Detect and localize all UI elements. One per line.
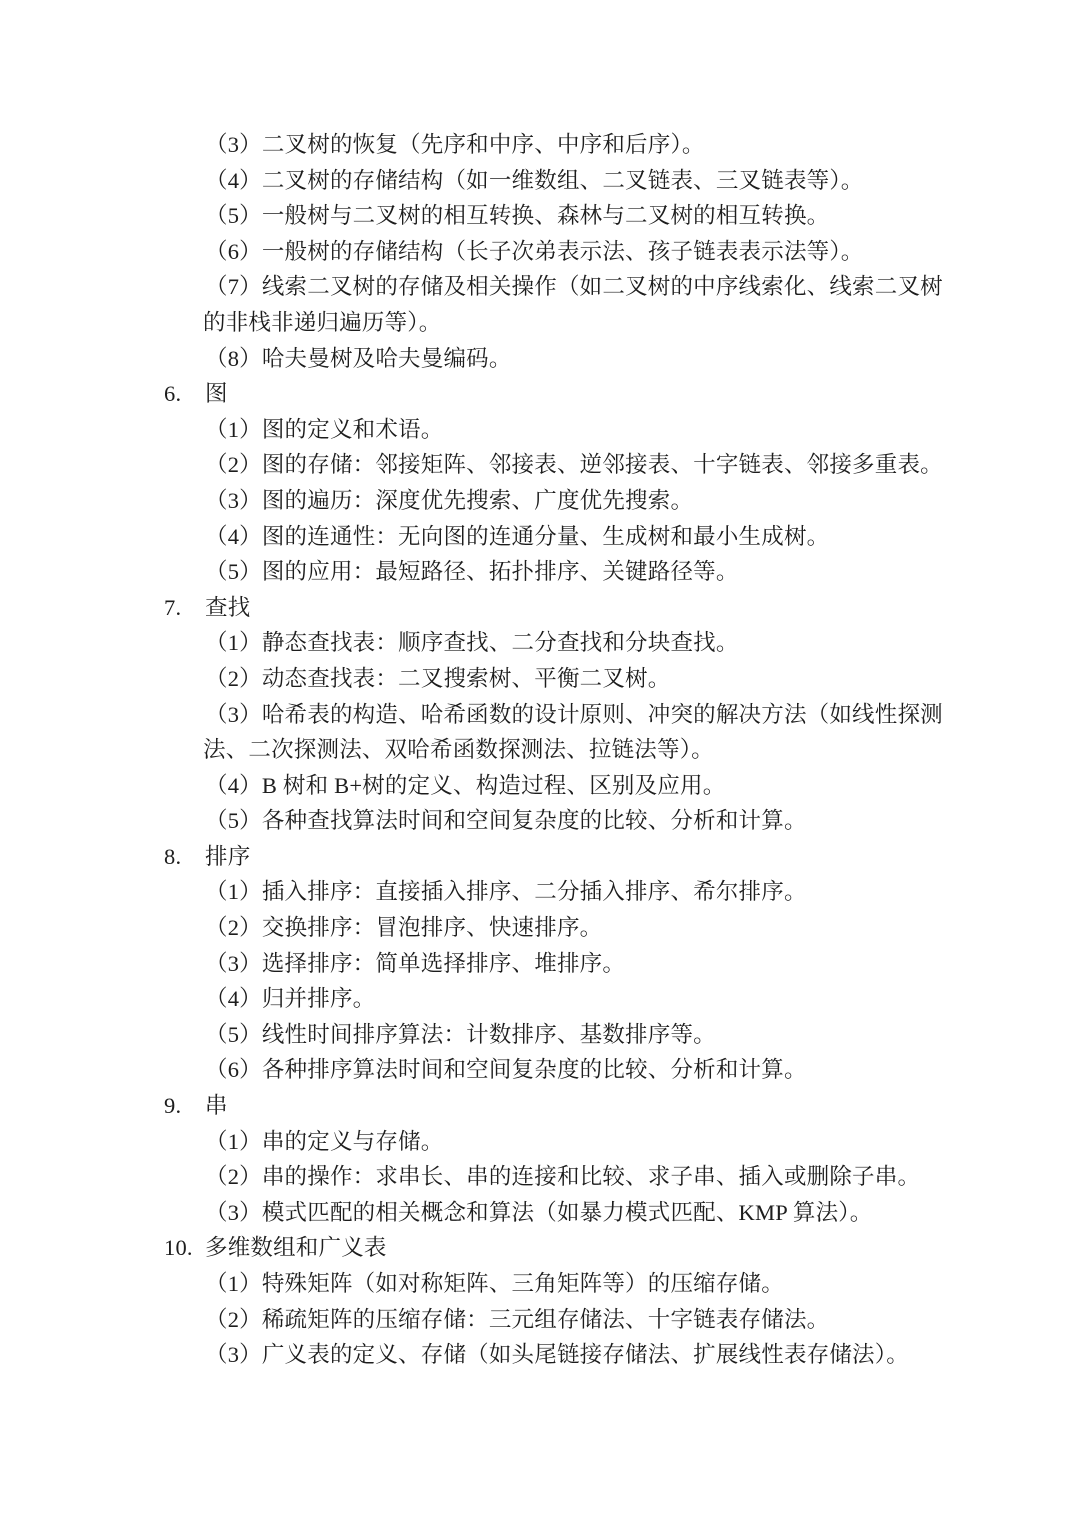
section-number: 10.: [164, 1230, 205, 1266]
list-item-line: （4）B 树和 B+树的定义、构造过程、区别及应用。: [0, 768, 1080, 804]
list-item-line: （1）静态查找表：顺序查找、二分查找和分块查找。: [0, 625, 1080, 661]
section-number: 6.: [164, 376, 205, 412]
section-heading: 8.排序: [0, 839, 1080, 875]
list-item-line: （6）各种排序算法时间和空间复杂度的比较、分析和计算。: [0, 1052, 1080, 1088]
list-item-line: （3）广义表的定义、存储（如头尾链接存储法、扩展线性表存储法）。: [0, 1337, 1080, 1373]
list-item-line: （1）特殊矩阵（如对称矩阵、三角矩阵等）的压缩存储。: [0, 1266, 1080, 1302]
list-item-line: （4）归并排序。: [0, 981, 1080, 1017]
section-heading: 6.图: [0, 376, 1080, 412]
list-item-line: （3）选择排序：简单选择排序、堆排序。: [0, 946, 1080, 982]
document-body: （3）二叉树的恢复（先序和中序、中序和后序）。（4）二叉树的存储结构（如一维数组…: [0, 127, 1080, 1373]
list-item-line: （2）稀疏矩阵的压缩存储：三元组存储法、十字链表存储法。: [0, 1302, 1080, 1338]
list-item-line: （2）串的操作：求串长、串的连接和比较、求子串、插入或删除子串。: [0, 1159, 1080, 1195]
list-item-line: （2）交换排序：冒泡排序、快速排序。: [0, 910, 1080, 946]
list-item-line: （1）串的定义与存储。: [0, 1124, 1080, 1160]
section-number: 9.: [164, 1088, 205, 1124]
continuation-line: 的非栈非递归遍历等）。: [0, 305, 1080, 341]
list-item-line: （3）模式匹配的相关概念和算法（如暴力模式匹配、KMP 算法）。: [0, 1195, 1080, 1231]
list-item-line: （8）哈夫曼树及哈夫曼编码。: [0, 341, 1080, 377]
list-item-line: （3）二叉树的恢复（先序和中序、中序和后序）。: [0, 127, 1080, 163]
section-title: 排序: [205, 844, 250, 869]
list-item-line: （5）一般树与二叉树的相互转换、森林与二叉树的相互转换。: [0, 198, 1080, 234]
list-item-line: （2）动态查找表：二叉搜索树、平衡二叉树。: [0, 661, 1080, 697]
section-title: 串: [205, 1093, 228, 1118]
section-heading: 7.查找: [0, 590, 1080, 626]
list-item-line: （1）图的定义和术语。: [0, 412, 1080, 448]
section-title: 查找: [205, 595, 250, 620]
section-heading: 10.多维数组和广义表: [0, 1230, 1080, 1266]
list-item-line: （5）图的应用：最短路径、拓扑排序、关键路径等。: [0, 554, 1080, 590]
list-item-line: （4）图的连通性：无向图的连通分量、生成树和最小生成树。: [0, 519, 1080, 555]
section-heading: 9.串: [0, 1088, 1080, 1124]
section-number: 8.: [164, 839, 205, 875]
list-item-line: （6）一般树的存储结构（长子次弟表示法、孩子链表表示法等）。: [0, 234, 1080, 270]
section-number: 7.: [164, 590, 205, 626]
list-item-line: （3）图的遍历：深度优先搜索、广度优先搜索。: [0, 483, 1080, 519]
list-item-line: （2）图的存储：邻接矩阵、邻接表、逆邻接表、十字链表、邻接多重表。: [0, 447, 1080, 483]
section-title: 多维数组和广义表: [205, 1235, 387, 1260]
document-page: （3）二叉树的恢复（先序和中序、中序和后序）。（4）二叉树的存储结构（如一维数组…: [0, 0, 1080, 1528]
list-item-line: （1）插入排序：直接插入排序、二分插入排序、希尔排序。: [0, 874, 1080, 910]
list-item-line: （4）二叉树的存储结构（如一维数组、二叉链表、三叉链表等）。: [0, 163, 1080, 199]
list-item-line: （5）各种查找算法时间和空间复杂度的比较、分析和计算。: [0, 803, 1080, 839]
list-item-line: （7）线索二叉树的存储及相关操作（如二叉树的中序线索化、线索二叉树: [0, 269, 1080, 305]
continuation-line: 法、二次探测法、双哈希函数探测法、拉链法等）。: [0, 732, 1080, 768]
list-item-line: （5）线性时间排序算法：计数排序、基数排序等。: [0, 1017, 1080, 1053]
list-item-line: （3）哈希表的构造、哈希函数的设计原则、冲突的解决方法（如线性探测: [0, 697, 1080, 733]
section-title: 图: [205, 381, 228, 406]
